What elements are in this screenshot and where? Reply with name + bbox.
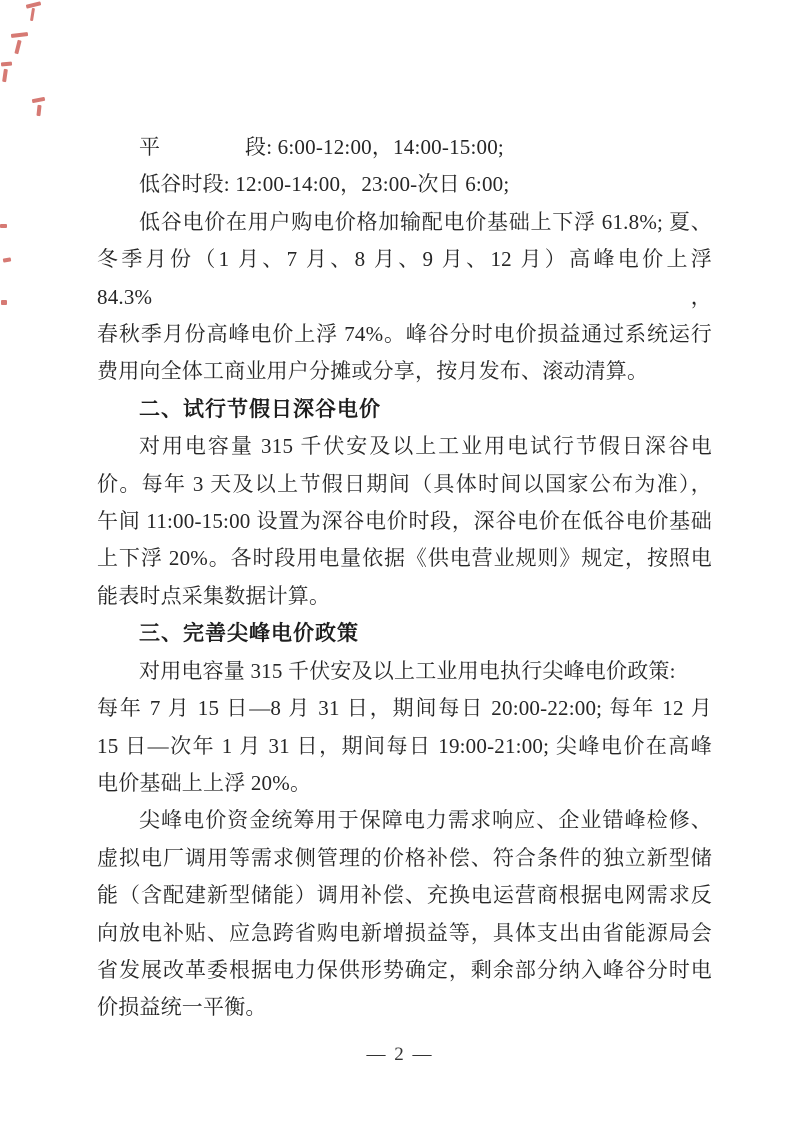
red-mark (0, 224, 7, 228)
red-mark (1, 62, 12, 67)
red-mark (1, 300, 7, 305)
red-mark (11, 32, 28, 38)
page-footer: — 2 — (0, 1044, 800, 1066)
red-mark (30, 8, 35, 21)
text-line: 费用向全体工商业用户分摊或分享，按月发布、滚动清算。 (97, 353, 712, 390)
document-page: 平 段: 6:00-12:00，14:00-15:00; 低谷时段: 12:00… (0, 0, 800, 1131)
text-line: 虚拟电厂调用等需求侧管理的价格补偿、符合条件的独立新型储 (97, 840, 712, 877)
text-line-valley-period: 低谷时段: 12:00-14:00，23:00-次日 6:00; (97, 166, 712, 203)
document-body: 平 段: 6:00-12:00，14:00-15:00; 低谷时段: 12:00… (97, 129, 712, 1027)
text-line: 春秋季月份高峰电价上浮 74%。峰谷分时电价损益通过系统运行 (97, 316, 712, 353)
text-line: 对用电容量 315 千伏安及以上工业用电执行尖峰电价政策: (97, 653, 712, 690)
text-line: 能（含配建新型储能）调用补偿、充换电运营商根据电网需求反 (97, 877, 712, 914)
text-line: 15 日—次年 1 月 31 日，期间每日 19:00-21:00; 尖峰电价在… (97, 728, 712, 765)
text-line: 向放电补贴、应急跨省购电新增损益等，具体支出由省能源局会 (97, 915, 712, 952)
red-mark (3, 257, 12, 262)
text-line: 价。每年 3 天及以上节假日期间（具体时间以国家公布为准）， (97, 466, 712, 503)
red-mark (36, 105, 41, 116)
text-line-flat-period: 平 段: 6:00-12:00，14:00-15:00; (97, 129, 712, 166)
text-line: 电价基础上上浮 20%。 (97, 765, 712, 802)
text-line: 上下浮 20%。各时段用电量依据《供电营业规则》规定，按照电 (97, 540, 712, 577)
text-line: 低谷电价在用户购电价格加输配电价基础上下浮 61.8%; 夏、 (97, 204, 712, 241)
text-line: 省发展改革委根据电力保供形势确定，剩余部分纳入峰谷分时电 (97, 952, 712, 989)
red-mark (2, 69, 8, 82)
section-heading-3: 三、完善尖峰电价政策 (97, 615, 712, 652)
text-line: 冬季月份（1 月、7 月、8 月、9 月、12 月）高峰电价上浮 84.3%， (97, 241, 712, 316)
text-line: 午间 11:00-15:00 设置为深谷电价时段，深谷电价在低谷电价基础 (97, 503, 712, 540)
text-line: 尖峰电价资金统筹用于保障电力需求响应、企业错峰检修、 (97, 802, 712, 839)
text-line: 每年 7 月 15 日—8 月 31 日，期间每日 20:00-22:00; 每… (97, 690, 712, 727)
text-line: 价损益统一平衡。 (97, 989, 712, 1026)
text-line: 能表时点采集数据计算。 (97, 578, 712, 615)
text-line: 对用电容量 315 千伏安及以上工业用电试行节假日深谷电 (97, 428, 712, 465)
page-number: — 2 — (367, 1044, 434, 1065)
section-heading-2: 二、试行节假日深谷电价 (97, 391, 712, 428)
red-mark (14, 40, 21, 55)
red-mark (32, 97, 46, 103)
